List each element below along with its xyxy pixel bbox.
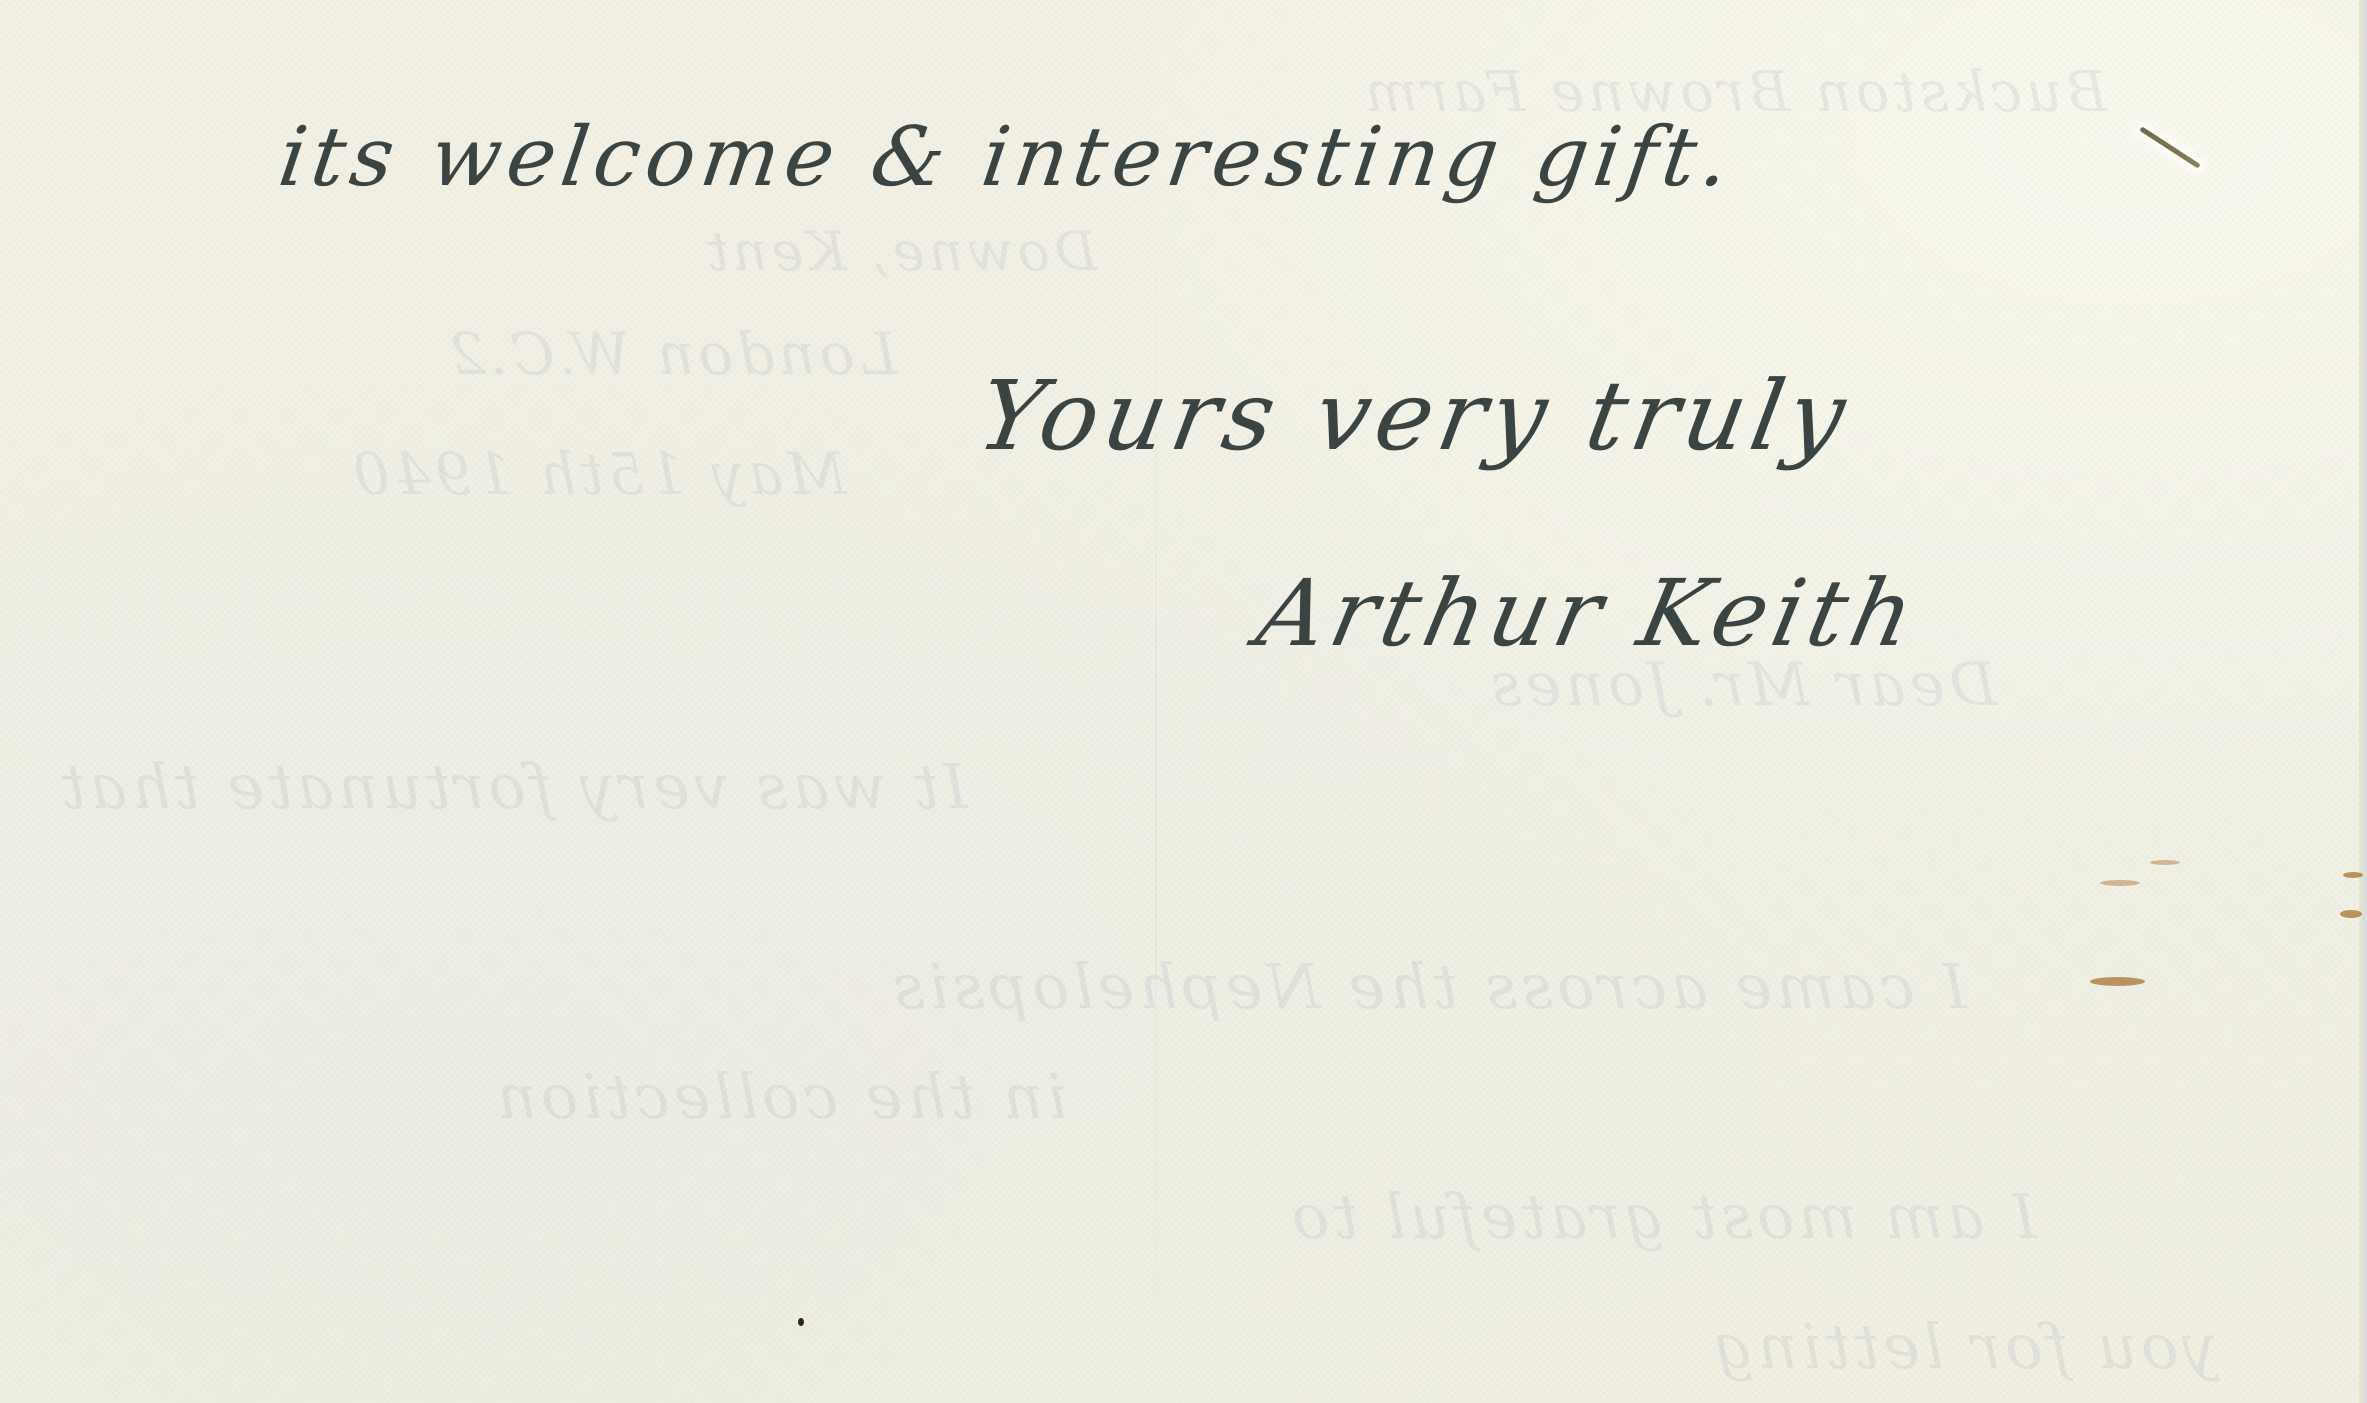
show-through-text: Downe, Kent (703, 220, 1097, 283)
show-through-text: London W.C.2 (445, 320, 897, 388)
paper-fold-crease (1155, 150, 1157, 1403)
show-through-text: May 15th 1940 (349, 440, 847, 508)
letter-closing: Yours very truly (970, 360, 1859, 472)
show-through-text: you for letting (1710, 1310, 2217, 1383)
show-through-text: I came across the Nephelopsis (889, 950, 1967, 1023)
foxing-stain (2090, 977, 2145, 986)
show-through-text: in the collection (493, 1060, 1067, 1133)
show-through-text: It was very fortunate that (57, 750, 967, 823)
foxing-stain (2150, 860, 2180, 865)
letter-body-line: its welcome & interesting gift. (273, 110, 1740, 205)
letter-page: Buckston Browne Farm Downe, Kent London … (0, 0, 2367, 1403)
show-through-text: I am most grateful to (1288, 1180, 2037, 1253)
paper-edge (2359, 0, 2367, 1403)
foxing-stain (2343, 872, 2363, 878)
foxing-stain (2340, 910, 2362, 918)
letter-signature: Arthur Keith (1249, 560, 1929, 667)
foxing-stain (2100, 880, 2140, 886)
staple-mark (2139, 126, 2200, 168)
ink-speck (798, 1318, 804, 1326)
